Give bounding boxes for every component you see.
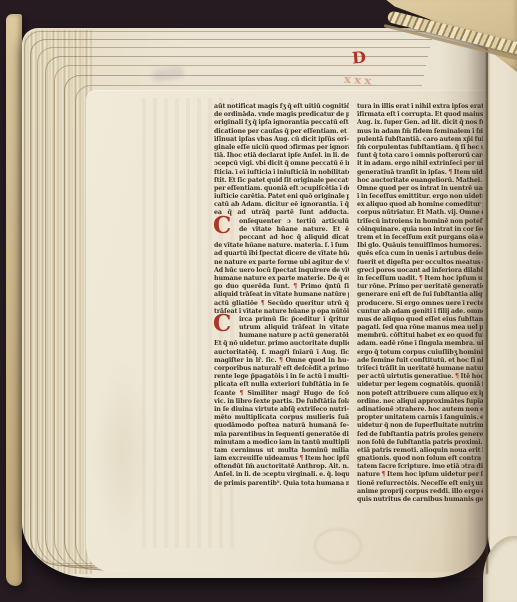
text-line: ſed de ſubſtantia patris proles generetu…	[357, 431, 483, 439]
text-line: irca primū ſic p̄ceditur ī q̄ritur	[214, 316, 349, 324]
page-stain	[92, 358, 152, 548]
page-stain-ring	[314, 528, 362, 564]
text-line: ne nature ex parte forme ubi agitur de v…	[214, 259, 349, 267]
text-line: magiſter in lr̄. ſic. ¶ Omne quod in hu-	[214, 357, 349, 365]
page-fore-edges	[22, 30, 92, 574]
text-line: trāſeat ī vītate nature hūane p opa nūtō…	[214, 308, 349, 316]
text-line: uidetur q̄ non de ſuperfluitate nutrimen…	[357, 422, 483, 430]
text-line: de ordināda. vnde magis predicatur de pc…	[214, 111, 349, 119]
text-line: ade ſemine fuit conſtitutū. et hoc ſī ni…	[357, 357, 483, 365]
text-line: ī in ſeceſſus emittitur. ergo non uidetu…	[357, 193, 483, 201]
text-line: trīſecū introiens in hominē non poteſt e…	[357, 218, 483, 226]
book-cover-left-edge	[6, 14, 22, 586]
text-line: Anſel. in li. de ɔceptu virginali. e. q̄…	[214, 471, 349, 479]
text-line: ex aliquo quod ab homine comeditur plus	[357, 201, 483, 209]
rubricated-initial: C	[213, 215, 231, 236]
text-line: rente lege p̄pagatōis ī in ſe actū ī mul…	[214, 373, 349, 381]
text-line: dicatione per cauſas q̄ per eſſentiam. e…	[214, 128, 349, 136]
text-line: ea q̄ ad utrāq̄ partē ſunt adducta.	[214, 209, 349, 217]
text-line: non ſolū de ſubſtantia patris proximi. i…	[357, 439, 483, 447]
text-line: quodāmodo poſtea naturā humanā ſe-	[214, 422, 349, 430]
text-line: ſm̄ corpulentas ſubſtantiam. q̄ ſi hec u…	[357, 144, 483, 152]
text-line: tionē reſurrectōis. Neceſſe eſt eniʒ uni…	[357, 480, 483, 488]
text-line: generare enī eſt de ſui ſubſtantia aliqu…	[357, 291, 483, 299]
text-line: mēto multiplicata corpus mulieris ſuā	[214, 414, 349, 422]
text-line: membrū. cōſtitui habet ex eo quod fuit i…	[357, 332, 483, 340]
text-line: peccant ad hoc q̄ aliquid dicat	[214, 234, 349, 242]
incunabulum-book-photo: D xxx aūt notificat magis ſʒ q̄ eſt uiti…	[0, 0, 517, 602]
text-line: aūt notificat magis ſʒ q̄ eſt uitiū cogn…	[214, 103, 349, 111]
text-line: ɔcepcū vigi. vbi dicit q̄ omne peccatū ē…	[214, 160, 349, 168]
text-line: mus de aliquo quod eſſet eius ſubſtantia…	[357, 316, 483, 324]
text-line: actū gliatiōe ¶ Secūdo queritur utrū q̄	[214, 300, 349, 308]
gutter-fold-line	[486, 28, 488, 574]
text-line: tura in illis erat ī nihil extra ipſos e…	[357, 103, 483, 111]
text-line: quēs eſca cum in uenīs ī artubus deiecta	[357, 250, 483, 258]
text-line: ginale eſſe uiciū quod ɔfirmas per ignor…	[214, 144, 349, 152]
text-line: minutam a modico iam in tantū multiplica	[214, 439, 349, 447]
text-line: de vītate hūane nature. Et ē	[214, 226, 349, 234]
text-line: gnationis. quod non ſolum eſt contra uer…	[357, 455, 483, 463]
folio-mark-letter: D	[351, 49, 366, 66]
text-line: in ſe diuina virtute abſq̄ extrīſeco nut…	[214, 406, 349, 414]
text-line: propter unitatem carnis ī ſanguinis. erg…	[357, 414, 483, 422]
text-line: go duo querēda ſunt. ¶ Primo q̄ntū ſi	[214, 283, 349, 291]
faint-inscription-smudge	[151, 66, 184, 83]
text-line: ergo q̄ totum corpus cuiuſlibʒ hominis e…	[357, 349, 483, 357]
text-line: ſtit. Et ſic patet quid ſit originale pe…	[214, 177, 349, 185]
text-line: tatem ſacre ſcripture. imo etiā ɔtra dic…	[357, 463, 483, 471]
pilcrow-mark: ¶	[448, 169, 452, 176]
text-line: iam excreuiſſe uideamus ¶ Item hoc ipſū	[214, 455, 349, 463]
text-line: cōinquinare. quia non intrat in cor ſed …	[357, 226, 483, 234]
text-line: tiā. Ihoc etiā declarat ipſe Anſel. in l…	[214, 152, 349, 160]
text-column-right: tura in illis erat ī nihil extra ipſos e…	[357, 103, 483, 504]
text-line: ſunt q̄ tota caro ī omnis poſterorū caro…	[357, 152, 483, 160]
text-line: producere. Si ergo omnes uere ī recte di…	[357, 300, 483, 308]
text-line: corpus nūtriatur. Et Math. vij. Omne q̄	[357, 209, 483, 217]
text-line: Ibi glo. Quāuis tenuiſſimos humores. i l…	[357, 242, 483, 250]
text-line: in ſeceſſum uadit. ¶ Item hoc ipſum uide…	[357, 275, 483, 283]
pilcrow-mark: ¶	[419, 275, 423, 282]
text-line: corporibus naturalr̄ eſt deſcēdīt a prim…	[214, 365, 349, 373]
text-column-left: aūt notificat magis ſʒ q̄ eſt uitiū cogn…	[214, 103, 349, 488]
text-line: catū ab Adam. dicitur eē ignorantia. ī q…	[214, 201, 349, 209]
text-line: fuerit et digeſta per occultos meatus qu…	[357, 259, 483, 267]
folio-mark-numeral: xxx	[344, 74, 375, 87]
text-line: anime proprij corpus reddi. illo ergo q̄…	[357, 488, 483, 496]
rubricated-initial: C	[213, 313, 231, 334]
text-line: tur rōne. Primo per ueritatē generationi…	[357, 283, 483, 291]
text-line: ordine. nec aliqui approximātes ſupīa pi…	[357, 398, 483, 406]
text-line: pulentā ſubſtantiā. caro autem xp̄i fuit…	[357, 136, 483, 144]
text-line: pagati. ſed qua rōne manus mea uel pes a…	[357, 324, 483, 332]
text-line: Aug. ix. ſuper Gen. ad lit. dicit q̄ nos…	[357, 119, 483, 127]
pilcrow-mark: ¶	[279, 357, 283, 364]
text-line: mīa parentibus in ſequenti generatōe di-	[214, 431, 349, 439]
text-line: nature ¶ Item hoc ipſum uidetur per ſolu…	[357, 471, 483, 479]
text-line: humane nature p actū generatōis	[214, 332, 349, 340]
text-line: trem et in ſeceſſum exit purgans oīa eſc…	[357, 234, 483, 242]
text-line: originali ſʒ q̄ ipſa ignorantia peccatū …	[214, 119, 349, 127]
text-line: de vītate hūane nature. materia. ſ. ī ſu…	[214, 242, 349, 250]
pilcrow-mark: ¶	[299, 455, 303, 462]
text-line: īſinuat ipſas vbas Aug. cū dicit ipſūs o…	[214, 136, 349, 144]
text-line: de primis parentib⁹. Quia tota humana na	[214, 480, 349, 488]
text-line: generatīuā tranſit in ipſas. ¶ Item uide…	[357, 169, 483, 177]
text-line: oſtendūt ſm̄ auctoritatē Anthrop. Ait. n…	[214, 463, 349, 471]
pilcrow-mark: ¶	[261, 300, 265, 307]
text-line: per actū uirtutis generatīue. ¶ Itē hoc …	[357, 373, 483, 381]
pilcrow-mark: ¶	[240, 390, 244, 397]
text-line: ad quartū ībi ſpectat dicere de vītate h…	[214, 250, 349, 258]
pilcrow-mark: ¶	[381, 471, 385, 478]
text-line: quis nutritus de carnibus humanis genere…	[357, 496, 483, 504]
text-line: Ad hūc uero locū ſpectat inquirere de vī…	[214, 267, 349, 275]
pilcrow-mark: ¶	[455, 373, 459, 380]
text-line: non poteſt attribuere cum aliquo ex ipſo…	[357, 390, 483, 398]
text-line: onſequenter ɔ tertiū articulū	[214, 218, 349, 226]
text-line: hoc auctoritate euangeliorū. Mathei. xv.	[357, 177, 483, 185]
text-line: tam cernimus ut multa hominū milia	[214, 447, 349, 455]
text-line: plicata eſt nulla exteriori ſubſtātia in…	[214, 381, 349, 389]
text-line: adam. eadē rōne ī ſingula membra. uidetu…	[357, 340, 483, 348]
facing-page-edge	[488, 34, 517, 574]
text-line: humane nature ex parte materie. De q̄ er…	[214, 275, 349, 283]
text-line: greci poros uocant ad inferiora dilabitu…	[357, 267, 483, 275]
text-line: utrum aliquid trāſeat in vītate	[214, 324, 349, 332]
text-line: trīſeci trāſit in ueritatē humane nature	[357, 365, 483, 373]
text-line: īfirmata eſt ī corrupta. Et quod maius e…	[357, 111, 483, 119]
text-line: ſcante ¶ Similiter magr̄ Hugo de ſcō	[214, 390, 349, 398]
text-line: iuſticie carētia. Patet eni quō original…	[214, 193, 349, 201]
pilcrow-mark: ¶	[293, 283, 297, 290]
facing-page-corner	[483, 536, 517, 602]
text-line: etiā patris remoti. alioquin noua erit l…	[357, 447, 483, 455]
text-line: vic. in libro ſexte partis. De ſubſtātia…	[214, 398, 349, 406]
text-line: aliquid trāſeat in vītate humane natūre …	[214, 291, 349, 299]
text-line: auctoritatēq̄. ſ. magr̄i ſnīarū ī Aug. ſ…	[214, 349, 349, 357]
text-line: it in adam. ergo nihil extrinſeci per ui…	[357, 160, 483, 168]
text-line: Et q̄ nō uidetur. primo auctoritate dupl…	[214, 340, 349, 348]
text-line: cuntur ab adam geniti ī filij ade. omnes…	[357, 308, 483, 316]
text-line: ſticia. ī eī iuſticia ī iniuſticiā in no…	[214, 169, 349, 177]
text-line: mus in adam ſm̄ fidem ſeminalem ī ſm̄ co…	[357, 128, 483, 136]
text-line: per eſſentiam. quoniā eſt ɔcupiſcētia ī …	[214, 185, 349, 193]
text-line: adinationē ɔtrahere. hoc autem non eſt n…	[357, 406, 483, 414]
text-line: Omne quod per os intrat in uentrē uadit	[357, 185, 483, 193]
text-line: uidetur per legem cognatōis. quoniā ſupe…	[357, 381, 483, 389]
